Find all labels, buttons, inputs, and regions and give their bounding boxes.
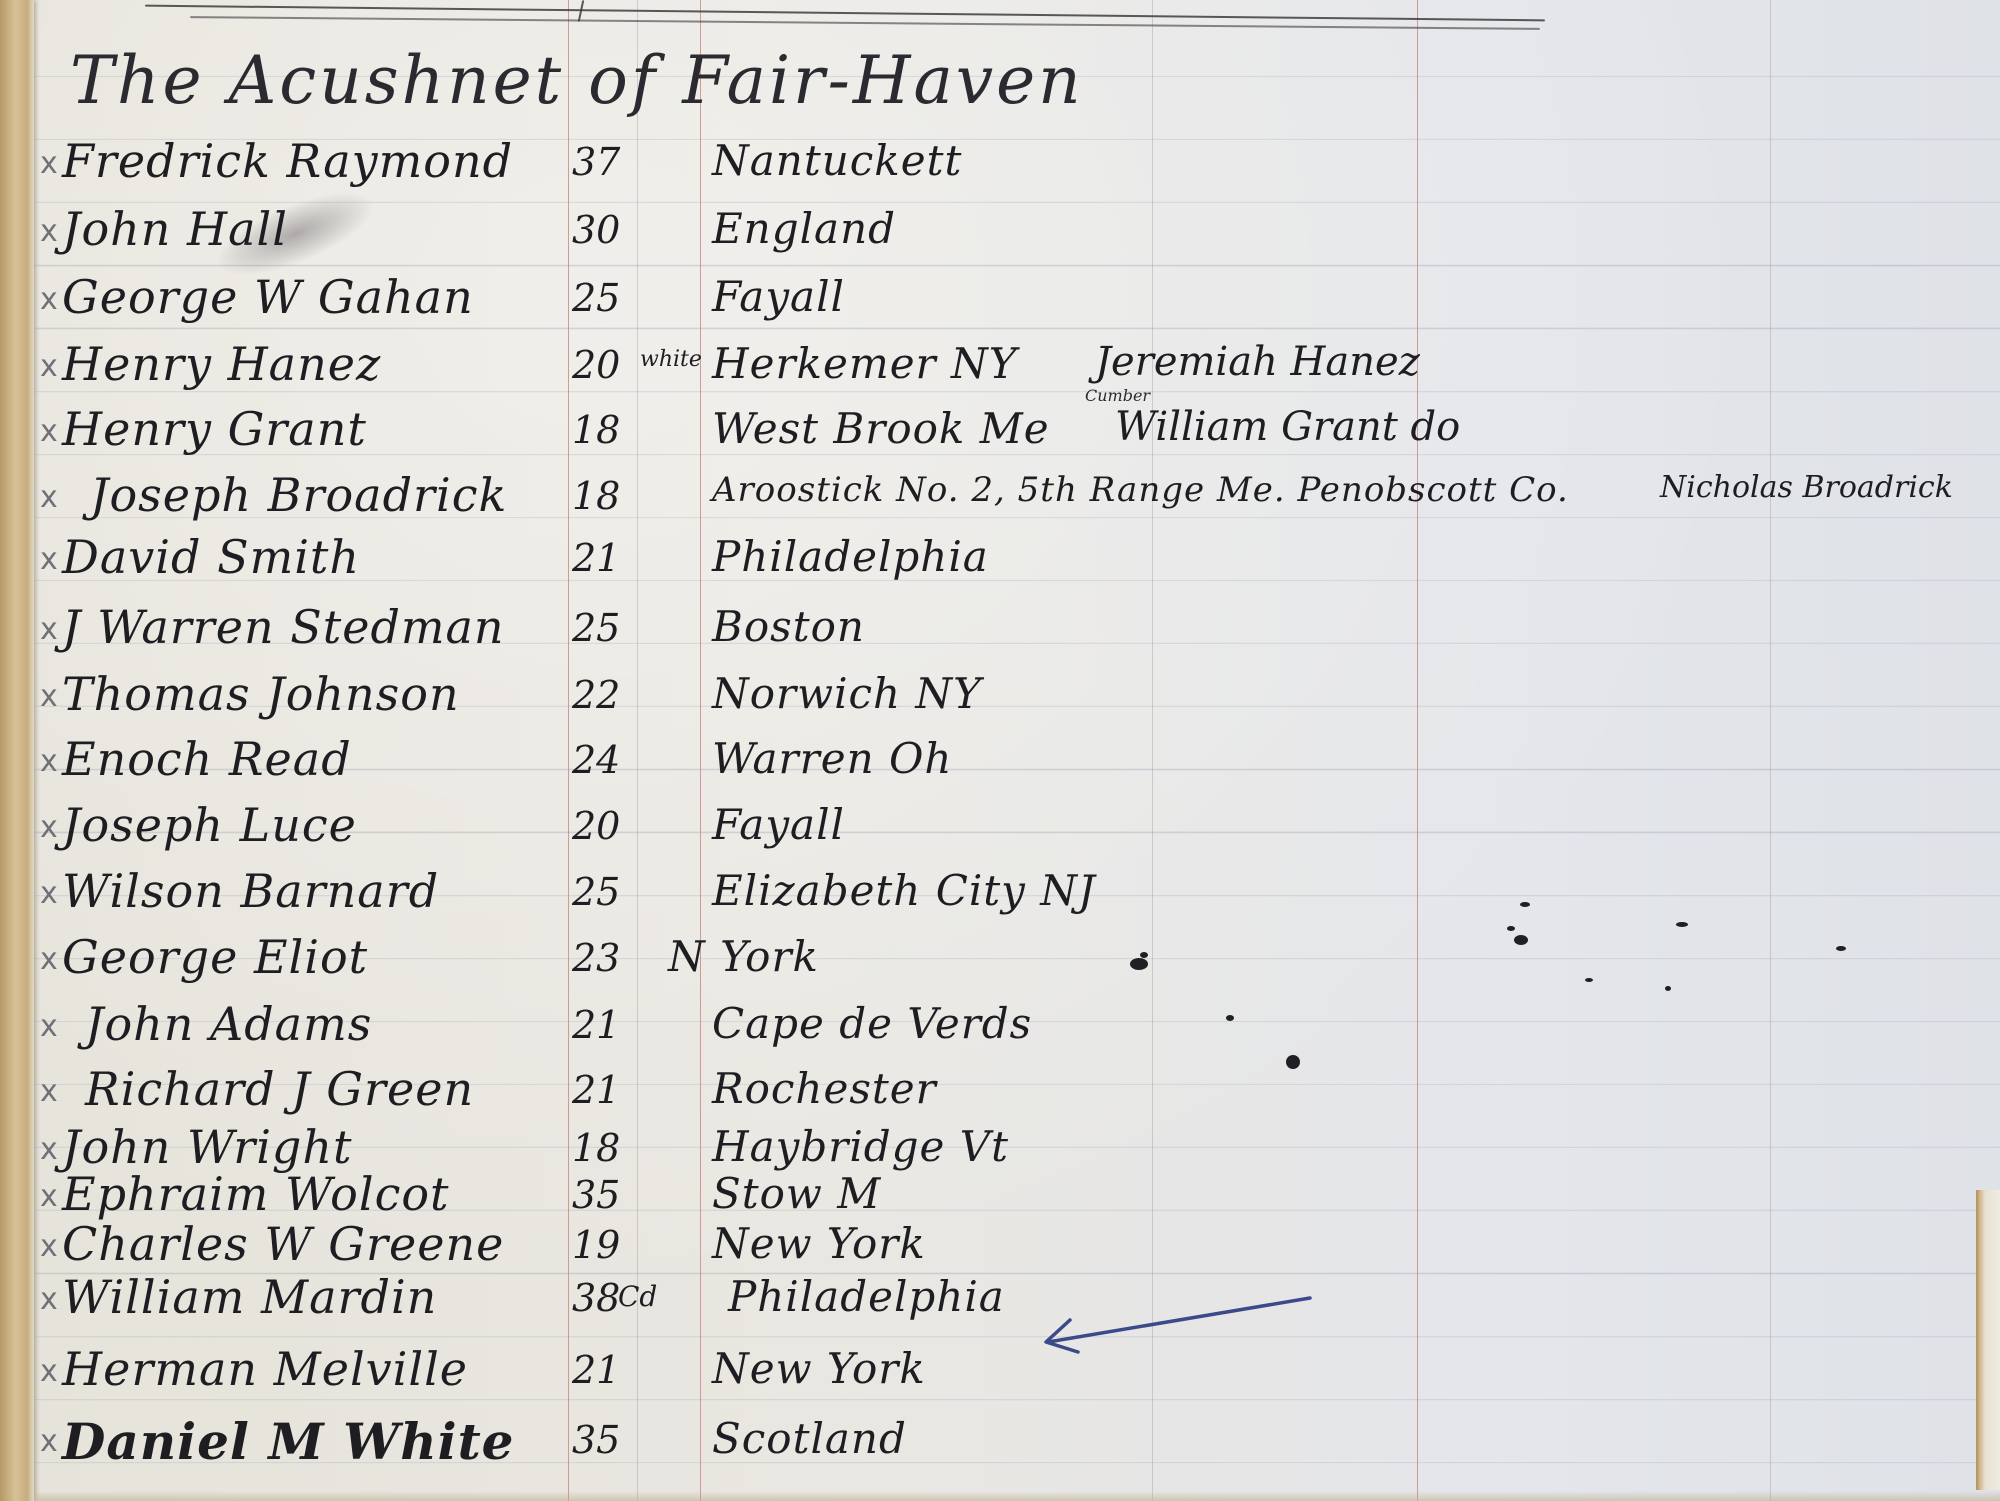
arrow-left-icon: [1040, 1290, 1320, 1360]
crew-name: J Warren Stedman: [62, 600, 505, 654]
crew-name: Ephraim Wolcot: [62, 1167, 450, 1221]
crew-residence: England: [712, 204, 896, 253]
ledger-page: The Acushnet of Fair-Haven x Fredrick Ra…: [0, 0, 2000, 1501]
crew-name: Charles W Greene: [62, 1217, 504, 1271]
ink-blot: [1286, 1055, 1300, 1069]
crew-next-of-kin: Jeremiah Hanez: [1095, 339, 1420, 385]
crew-age: 19: [572, 1223, 620, 1267]
crew-age: 37: [572, 140, 620, 184]
ink-blot: [1665, 986, 1671, 991]
crew-residence: Boston: [712, 602, 865, 651]
annotation-note: Cumber: [1085, 386, 1150, 405]
crew-row: x Joseph Broadrick 18 Aroostick No. 2, 5…: [0, 466, 2000, 526]
check-mark: x: [40, 1424, 58, 1459]
crew-row: x John Adams 21 Cape de Verds: [0, 995, 2000, 1055]
check-mark: x: [40, 1282, 58, 1317]
crew-age: 38: [572, 1276, 620, 1320]
crew-name: John Adams: [85, 997, 372, 1051]
crew-residence: Cape de Verds: [712, 999, 1032, 1048]
crew-row: x Richard J Green 21 Rochester: [0, 1060, 2000, 1120]
check-mark: x: [40, 214, 58, 249]
crew-name: Enoch Read: [62, 732, 352, 786]
crew-residence: Norwich NY: [712, 669, 982, 718]
crew-name: Thomas Johnson: [62, 667, 460, 721]
check-mark: x: [40, 876, 58, 911]
crew-residence: Nantuckett: [712, 136, 962, 185]
crew-age: 18: [572, 474, 620, 518]
crew-row: x Enoch Read 24 Warren Oh: [0, 730, 2000, 790]
crew-residence: Elizabeth City NJ: [712, 866, 1096, 915]
crew-complexion: Cd: [618, 1280, 657, 1313]
check-mark: x: [40, 480, 58, 515]
loose-paper-slip: [1976, 1190, 2000, 1490]
crew-age: 24: [572, 738, 620, 782]
crew-row: x John Hall 30 England: [0, 200, 2000, 260]
crew-name: Herman Melville: [62, 1342, 468, 1396]
crew-age: 22: [572, 673, 620, 717]
crew-residence: West Brook Me: [712, 404, 1050, 453]
check-mark: x: [40, 1229, 58, 1264]
ink-blot: [1130, 958, 1148, 970]
page-title: The Acushnet of Fair-Haven: [70, 42, 1084, 119]
crew-row: x J Warren Stedman 25 Boston: [0, 598, 2000, 658]
crew-row: x Daniel M White 35 Scotland: [0, 1410, 2000, 1470]
crew-age: 23: [572, 936, 620, 980]
crew-age: 25: [572, 276, 620, 320]
ink-blot: [1140, 952, 1148, 958]
crew-row: x Henry Grant 18 West Brook Me Cumber Wi…: [0, 400, 2000, 460]
crew-age: 18: [572, 1126, 620, 1170]
crew-name: Daniel M White: [62, 1412, 514, 1471]
crew-name: Henry Hanez: [62, 337, 381, 391]
check-mark: x: [40, 1179, 58, 1214]
crew-name: Wilson Barnard: [62, 864, 439, 918]
ink-blot: [1507, 926, 1515, 931]
check-mark: x: [40, 414, 58, 449]
crew-name: Joseph Broadrick: [90, 468, 507, 522]
crew-residence: Stow M: [712, 1169, 881, 1218]
crew-name: John Hall: [62, 202, 288, 256]
crew-row: x Fredrick Raymond 37 Nantuckett: [0, 132, 2000, 192]
crew-age: 21: [572, 1003, 620, 1047]
check-mark: x: [40, 744, 58, 779]
crew-row: x Charles W Greene 19 New York: [0, 1215, 2000, 1275]
crew-residence: Aroostick No. 2, 5th Range Me. Penobscot…: [712, 470, 1569, 510]
crew-row: x Thomas Johnson 22 Norwich NY: [0, 665, 2000, 725]
ink-blot: [1514, 935, 1528, 945]
crew-residence: Fayall: [712, 800, 845, 849]
check-mark: x: [40, 612, 58, 647]
crew-age: 20: [572, 804, 620, 848]
crew-name: Joseph Luce: [62, 798, 357, 852]
crew-residence: Philadelphia: [728, 1272, 1005, 1321]
crew-age: 20: [572, 343, 620, 387]
ink-blot: [1585, 978, 1593, 982]
check-mark: x: [40, 1074, 58, 1109]
crew-age: 35: [572, 1173, 620, 1217]
crew-age: 35: [572, 1418, 620, 1462]
crew-age: 21: [572, 536, 620, 580]
crew-row: x William Mardin 38 Cd Philadelphia: [0, 1268, 2000, 1328]
crew-name: William Mardin: [62, 1270, 437, 1324]
crew-name: David Smith: [62, 530, 360, 584]
page-bottom-edge: [34, 1491, 2000, 1501]
check-mark: x: [40, 542, 58, 577]
crew-residence: Philadelphia: [712, 532, 989, 581]
check-mark: x: [40, 942, 58, 977]
crew-complexion: white: [640, 347, 702, 372]
ink-blot: [1520, 902, 1530, 907]
crew-row: x David Smith 21 Philadelphia: [0, 528, 2000, 588]
crew-residence: Warren Oh: [712, 734, 952, 783]
crew-age: 21: [572, 1348, 620, 1392]
crew-age: 30: [572, 208, 620, 252]
check-mark: x: [40, 1132, 58, 1167]
crew-age: 18: [572, 408, 620, 452]
check-mark: x: [40, 679, 58, 714]
crew-age: 25: [572, 606, 620, 650]
crew-next-of-kin: Nicholas Broadrick: [1660, 470, 1953, 505]
ink-blot: [1836, 946, 1846, 951]
crew-row: x George W Gahan 25 Fayall: [0, 268, 2000, 328]
crew-name: George W Gahan: [62, 270, 474, 324]
crew-residence: Herkemer NY: [712, 339, 1017, 388]
ink-blot: [1226, 1015, 1234, 1021]
crew-next-of-kin: William Grant do: [1115, 404, 1460, 450]
crew-residence: Rochester: [712, 1064, 937, 1113]
crew-residence: Scotland: [712, 1414, 907, 1463]
crew-age: 25: [572, 870, 620, 914]
check-mark: x: [40, 146, 58, 181]
ink-blot: [1676, 922, 1688, 927]
check-mark: x: [40, 1354, 58, 1389]
crew-name: Henry Grant: [62, 402, 367, 456]
crew-name: Richard J Green: [85, 1062, 474, 1116]
crew-row: x Joseph Luce 20 Fayall: [0, 796, 2000, 856]
crew-residence: Haybridge Vt: [712, 1122, 1009, 1171]
crew-row: x George Eliot 23 N York: [0, 928, 2000, 988]
crew-residence: New York: [712, 1219, 926, 1268]
check-mark: x: [40, 282, 58, 317]
check-mark: x: [40, 349, 58, 384]
check-mark: x: [40, 1009, 58, 1044]
crew-row: x Henry Hanez 20 white Herkemer NY Jerem…: [0, 335, 2000, 395]
crew-residence: New York: [712, 1344, 926, 1393]
crew-residence: Fayall: [712, 272, 845, 321]
crew-row-highlighted: x Herman Melville 21 New York: [0, 1340, 2000, 1400]
check-mark: x: [40, 810, 58, 845]
crew-age: 21: [572, 1068, 620, 1112]
crew-name: George Eliot: [62, 930, 368, 984]
crew-name: Fredrick Raymond: [62, 134, 513, 188]
crew-row: x Wilson Barnard 25 Elizabeth City NJ: [0, 862, 2000, 922]
crew-residence: N York: [668, 932, 819, 981]
